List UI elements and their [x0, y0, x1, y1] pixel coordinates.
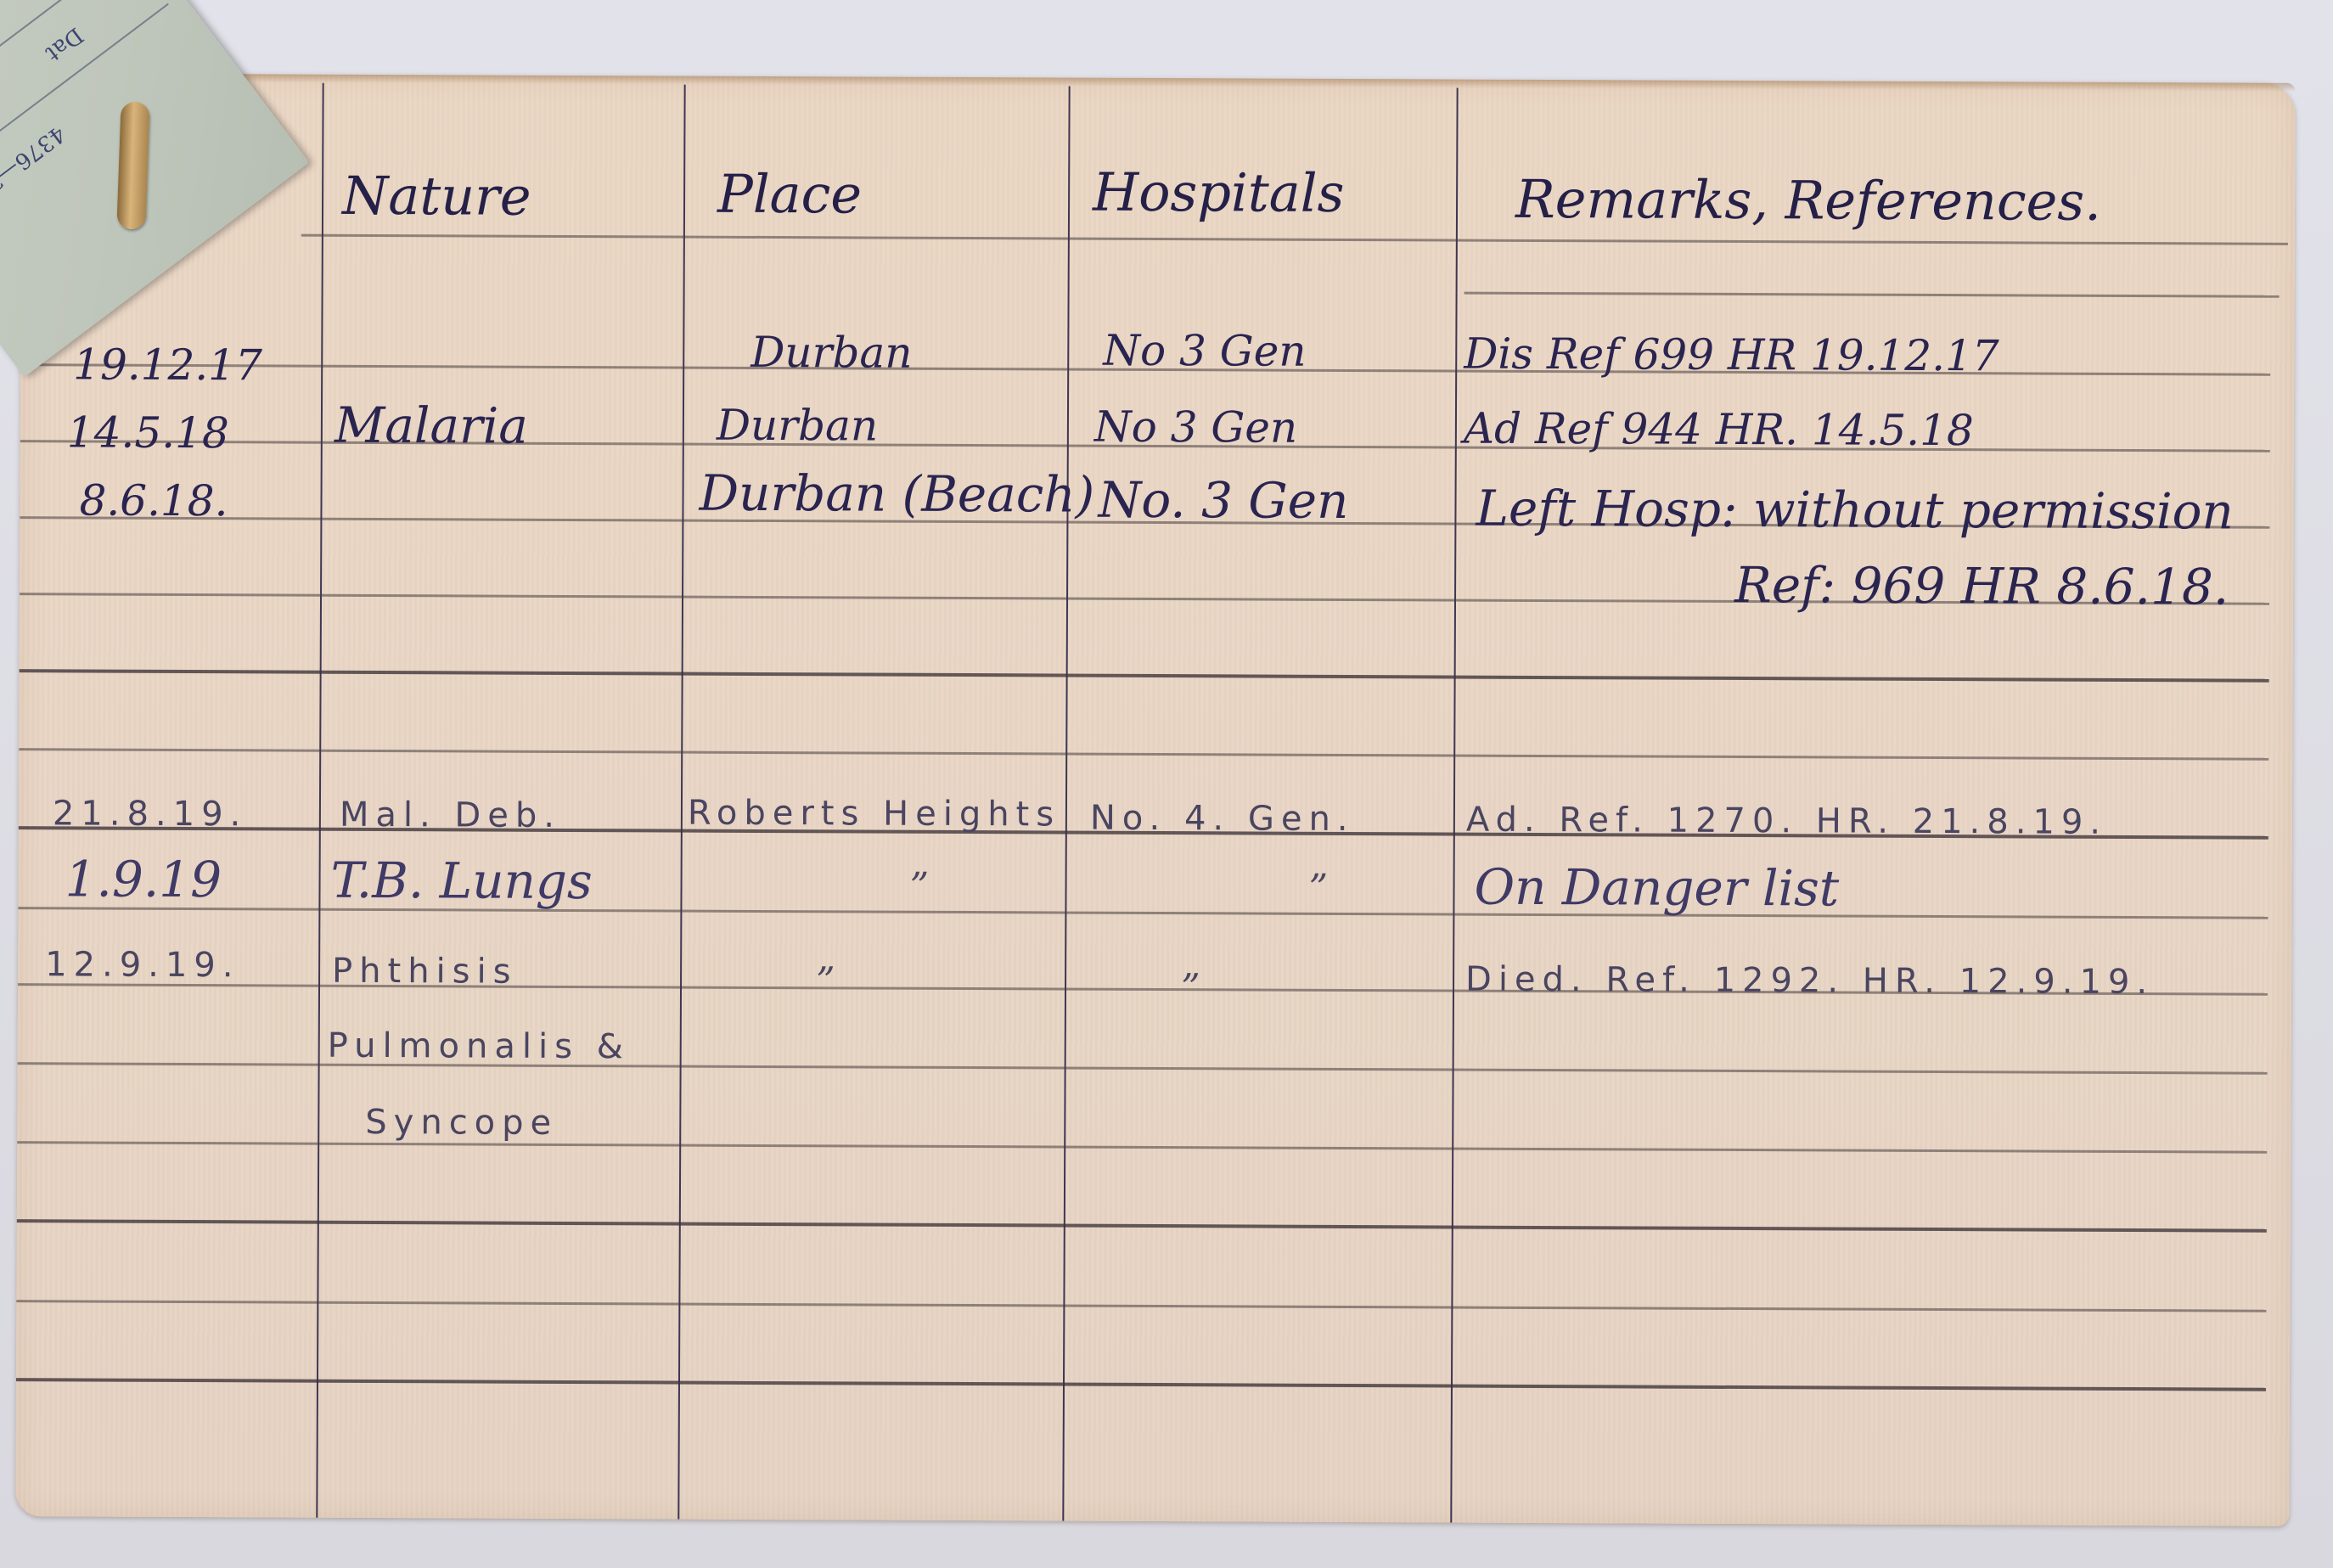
ruled-line [301, 234, 2288, 245]
entry-3-date: 8.6.18. [79, 479, 228, 522]
ruled-line [17, 1219, 2267, 1233]
entry-3-place: Durban (Beach) [699, 469, 1094, 520]
entry-5-place-ditto: ” [909, 868, 929, 906]
entry-6-hospital-ditto: ” [1181, 969, 1200, 1007]
entry-4-nature: Mal. Deb. [340, 798, 561, 833]
header-place: Place [717, 168, 862, 222]
entry-2-remarks: Ad Ref 944 HR. 14.5.18 [1464, 407, 1974, 452]
slip-rule [0, 0, 128, 144]
entry-6-nature: Phthisis [332, 954, 518, 989]
entry-2-place: Durban [717, 404, 878, 447]
entry-4-place: Roberts Heights [688, 796, 1060, 832]
header-remarks: Remarks, References. [1515, 173, 2101, 228]
ruled-line [16, 1378, 2266, 1391]
entry-4-remarks: Ad. Ref. 1270. HR. 21.8.19. [1466, 803, 2107, 840]
entry-3-hospital: No. 3 Gen [1098, 475, 1348, 525]
entry-1-date: 19.12.17 [73, 343, 262, 386]
entry-2-nature: Malaria [334, 401, 528, 451]
slip-number: 4376—25 7 [0, 121, 70, 217]
entry-6-date: 12.9.19. [45, 947, 240, 982]
entry-1-hospital: No 3 Gen [1103, 329, 1306, 373]
entry-4-date: 21.8.19. [53, 796, 248, 831]
entry-6-place-ditto: ” [816, 963, 835, 1000]
header-nature: Nature [342, 170, 531, 223]
ruled-line [20, 669, 2269, 683]
entry-4-hospital: No. 4. Gen. [1090, 801, 1355, 836]
entry-5-hospital-ditto: ” [1308, 870, 1328, 908]
header-hospitals: Hospitals [1093, 166, 1345, 220]
entry-5-remarks: On Danger list [1474, 863, 1839, 913]
entry-3-remarks-reference: Ref: 969 HR 8.6.18. [1734, 560, 2229, 612]
entry-1-remarks: Dis Ref 699 HR 19.12.17 [1464, 333, 1999, 378]
entry-2-date: 14.5.18 [67, 411, 229, 454]
ruled-line [19, 748, 2268, 761]
entry-3-remarks: Left Hosp: without permission [1476, 484, 2234, 537]
entry-2-hospital: No 3 Gen [1094, 406, 1297, 449]
ruled-line [1464, 292, 2280, 298]
ruled-line [16, 1300, 2266, 1312]
slip-label: Dat [41, 22, 87, 66]
entry-1-place: Durban [750, 331, 912, 374]
record-card: Date Nature Place Hospitals Remarks, Ref… [15, 73, 2295, 1526]
entry-6-nature-line2: Pulmonalis & [328, 1029, 630, 1065]
ruled-line [17, 1141, 2267, 1154]
paper-pin [116, 101, 149, 229]
entry-6-remarks: Died. Ref. 1292. HR. 12.9.19. [1465, 963, 2154, 1000]
entry-6-nature-line3: Syncope [365, 1105, 558, 1140]
entry-5-date: 1.9.19 [65, 854, 222, 904]
entry-5-nature: T.B. Lungs [330, 856, 592, 906]
